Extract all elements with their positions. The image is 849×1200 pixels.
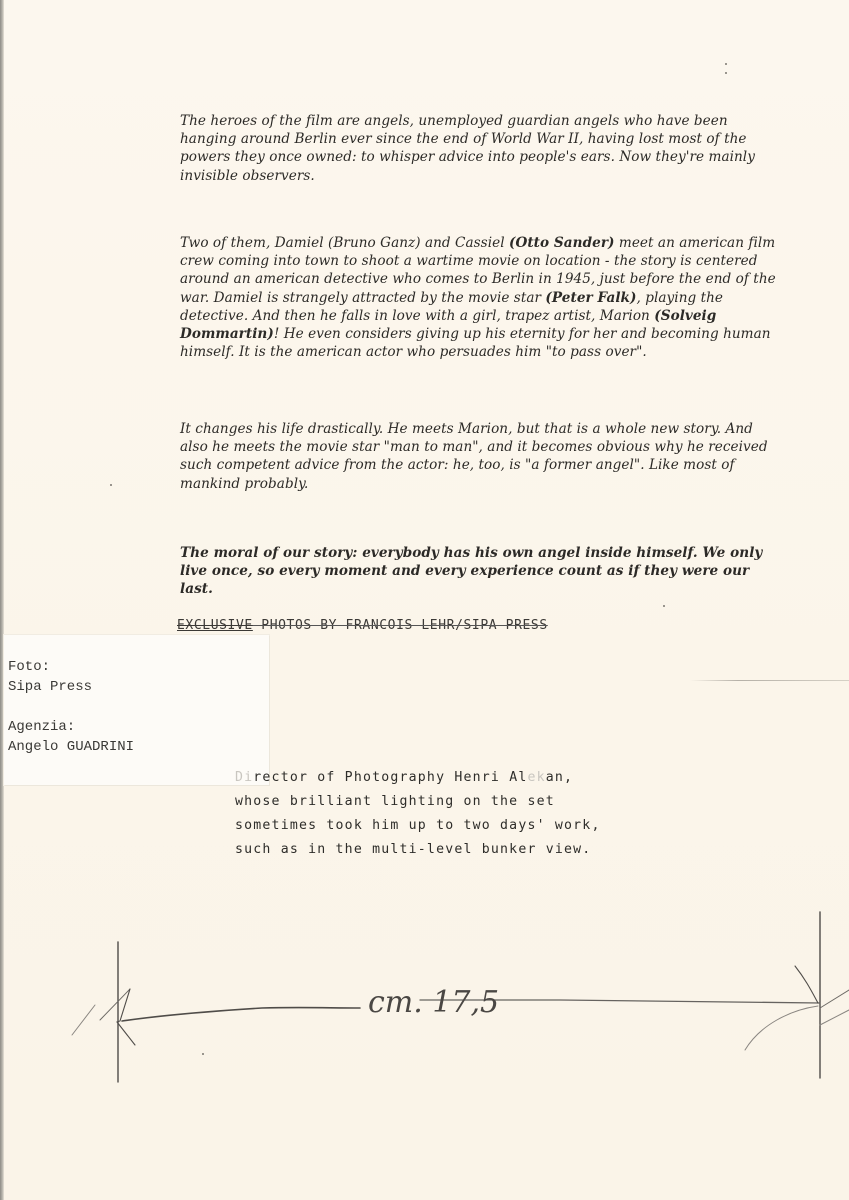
measure-line-left (122, 1008, 360, 1021)
handwritten-measure-text: cm. 17,5 (368, 985, 499, 1020)
speck (663, 605, 665, 607)
speck (202, 1053, 204, 1055)
pencil-measurement-annotation: cm. 17,5 (0, 0, 849, 1200)
speck (725, 72, 727, 74)
speck (110, 484, 112, 486)
speck (725, 63, 727, 65)
document-page: The heroes of the film are angels, unemp… (0, 0, 849, 1200)
